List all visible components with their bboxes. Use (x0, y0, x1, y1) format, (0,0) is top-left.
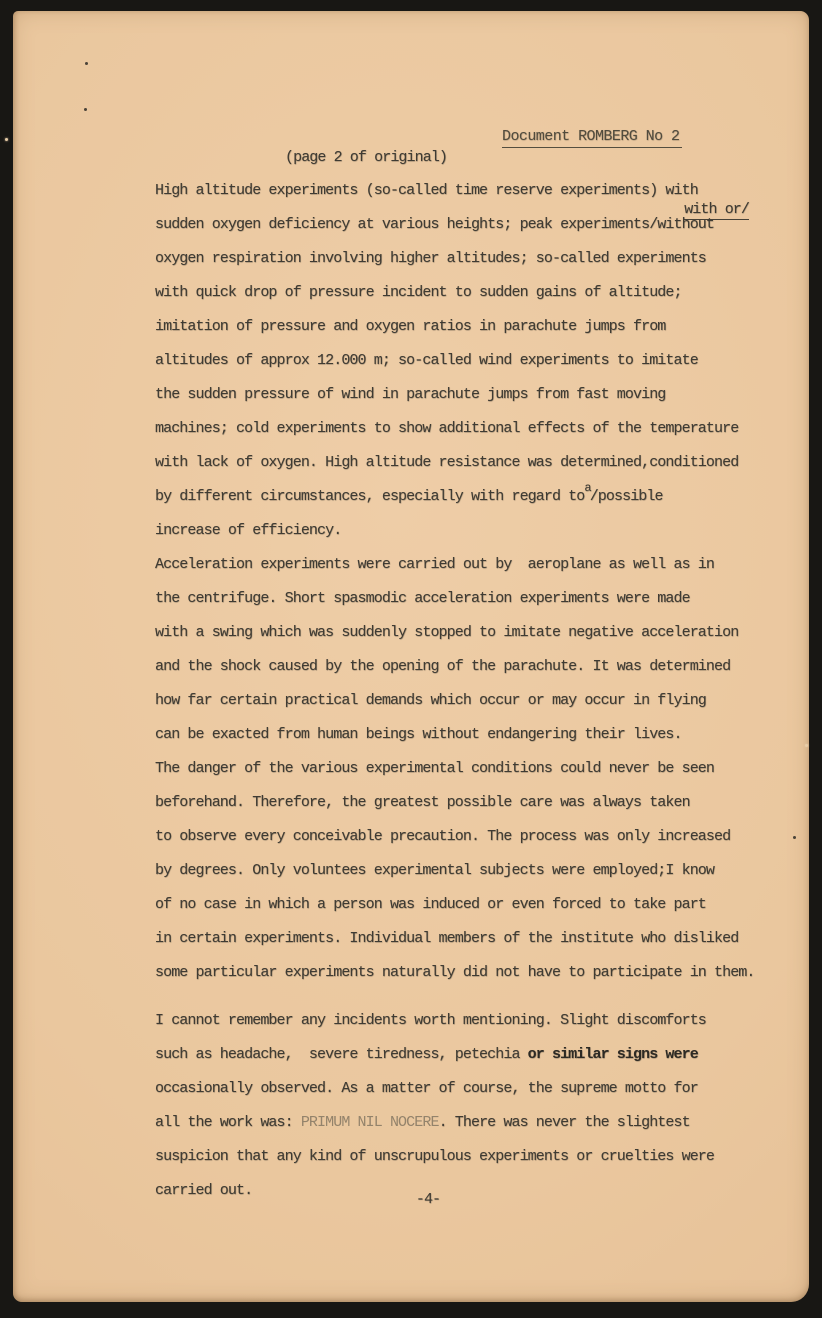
text-segment: all the work was: (155, 1114, 301, 1131)
text-line: how far certain practical demands which … (155, 684, 800, 718)
text-line: increase of efficiency. (155, 514, 800, 548)
scan-speck (84, 108, 87, 111)
text-line: with quick drop of pressure incident to … (155, 276, 800, 310)
text-line: altitudes of approx 12.000 m; so-called … (155, 344, 800, 378)
scan-speck (85, 62, 88, 65)
text-line: of no case in which a person was induced… (155, 888, 800, 922)
document-page: Document ROMBERG No 2 (page 2 of origina… (13, 11, 809, 1302)
text-segment: PRIMUM NIL NOCERE (301, 1114, 439, 1131)
text-line: I cannot remember any incidents worth me… (155, 1004, 800, 1038)
text-line: machines; cold experiments to show addit… (155, 412, 800, 446)
text-segment: such as headache, severe tiredness, pete… (155, 1046, 528, 1063)
text-line: carried out. (155, 1174, 800, 1208)
document-title: Document ROMBERG No 2 (502, 128, 682, 148)
text-line: can be exacted from human beings without… (155, 718, 800, 752)
text-line: to observe every conceivable precaution.… (155, 820, 800, 854)
text-line: High altitude experiments (so-called tim… (155, 174, 800, 208)
body-text: High altitude experiments (so-called tim… (155, 174, 800, 1208)
text-line: and the shock caused by the opening of t… (155, 650, 800, 684)
page-number: -4- (385, 1191, 471, 1208)
scan-speck (793, 836, 796, 839)
text-line: all the work was: PRIMUM NIL NOCERE. The… (155, 1106, 800, 1140)
text-line: beforehand. Therefore, the greatest poss… (155, 786, 800, 820)
text-line: The danger of the various experimental c… (155, 752, 800, 786)
text-line: with a swing which was suddenly stopped … (155, 616, 800, 650)
text-segment: . There was never the slightest (439, 1114, 690, 1131)
text-line: by different circumstances, especially w… (155, 480, 800, 514)
text-line: Acceleration experiments were carried ou… (155, 548, 800, 582)
page-note: (page 2 of original) (285, 149, 447, 166)
text-line: some particular experiments naturally di… (155, 956, 800, 990)
text-segment: a (584, 481, 590, 495)
line-spacer (155, 990, 800, 1004)
text-line: the sudden pressure of wind in parachute… (155, 378, 800, 412)
scan-surface: Document ROMBERG No 2 (page 2 of origina… (0, 0, 822, 1318)
text-line: with lack of oxygen. High altitude resis… (155, 446, 800, 480)
text-line: sudden oxygen deficiency at various heig… (155, 208, 800, 242)
scan-speck (805, 744, 808, 747)
text-line: the centrifuge. Short spasmodic accelera… (155, 582, 800, 616)
text-segment: /possible (590, 488, 663, 505)
text-line: occasionally observed. As a matter of co… (155, 1072, 800, 1106)
scan-speck (5, 138, 8, 141)
text-line: by degrees. Only voluntees experimental … (155, 854, 800, 888)
text-segment: by different circumstances, especially w… (155, 488, 584, 505)
text-line: in certain experiments. Individual membe… (155, 922, 800, 956)
text-line: such as headache, severe tiredness, pete… (155, 1038, 800, 1072)
text-line: suspicion that any kind of unscrupulous … (155, 1140, 800, 1174)
text-segment: or similar signs were (528, 1046, 698, 1063)
text-line: oxygen respiration involving higher alti… (155, 242, 800, 276)
text-line: imitation of pressure and oxygen ratios … (155, 310, 800, 344)
